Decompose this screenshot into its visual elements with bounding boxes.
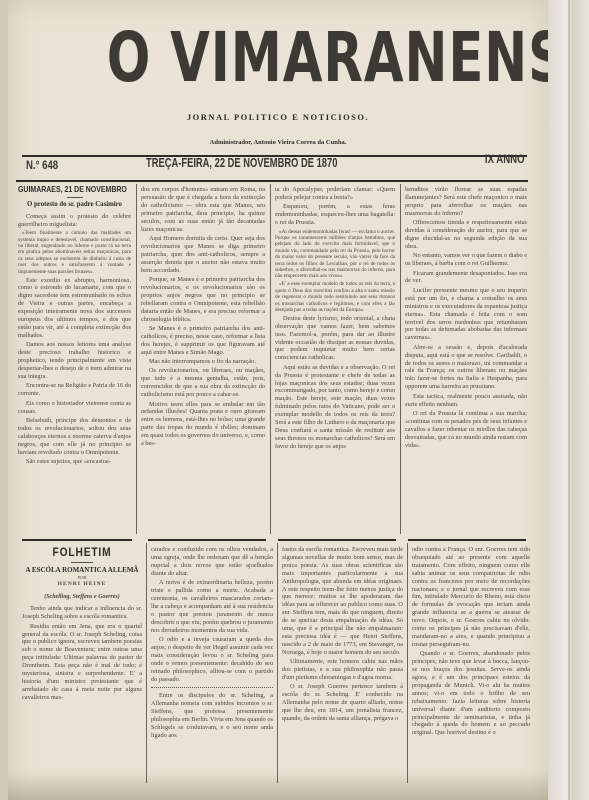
folhetim-rule-1: [22, 539, 132, 541]
article-quote: «Ai dessas endemoninhadas feras! — excla…: [275, 229, 395, 280]
short-divider: [67, 197, 83, 198]
dateline-rule: [16, 180, 528, 182]
article-paragraph: Porque, se Manes é o primeiro patriarcha…: [141, 276, 265, 323]
column-rule-2: [270, 184, 271, 534]
article-paragraph: Aqui Homero dormita de certo. Quer seja …: [141, 235, 265, 275]
masthead-title: O VIMARANENSE: [107, 18, 447, 97]
folhetim-rule-4: [408, 539, 526, 541]
folhetim-column-3: fastos da escóla romantica. Escreveu mai…: [282, 546, 403, 771]
article-paragraph: Eis como o historiador vieirense conta a…: [18, 400, 131, 416]
masthead-administrator: Administrador, Antonio Vieira Correa da …: [8, 139, 548, 146]
folhetim-paragraph: Entre os discipulos do sr. Scheling, a A…: [151, 692, 273, 739]
article-paragraph: Os revolucionarios, ou liberaes, ou maçã…: [141, 367, 265, 399]
article-column-4: bemditos virão florear as suas espadas f…: [405, 186, 527, 530]
article-paragraph: Esqueceu, porém, a estas feras endemonin…: [275, 203, 395, 227]
folhetim-paragraph: Quando o sr. Goerres, abandonado pelos p…: [412, 650, 530, 737]
newspaper-page: O VIMARANENSE JORNAL POLITICO E NOTICIOS…: [8, 0, 548, 800]
article-paragraph: ta do Apocalypse, poderiam clamar: «Quem…: [275, 186, 395, 202]
article-paragraph: Esta tactica, realmente pouco assisada, …: [405, 393, 527, 409]
article-title: O protesto do sr. padre Casimiro: [18, 201, 131, 209]
article-paragraph: Damos aos nossos leitores uma analyse de…: [18, 341, 131, 381]
folhetim-paragraph: O sr. Joseph Guerres pertence tambem á e…: [282, 683, 403, 723]
masthead-subtitle: JORNAL POLITICO E NOTICIOSO.: [8, 112, 548, 122]
folhetim-column-rule-2: [277, 543, 278, 783]
page-bottom-shadow: [8, 770, 548, 800]
issue-date: TREÇA-FEIRA, 22 DE NOVEMBRO DE 1870: [146, 155, 337, 170]
article-paragraph: Aqui estão as duvidas e a observação. O …: [275, 364, 395, 451]
folhetim-paragraph: Tenho ainda que indicar a influencia do …: [22, 605, 142, 621]
folhetim-column-rule-3: [407, 543, 408, 783]
folhetim-paragraph: fastos da escóla romantica. Escreveu mai…: [282, 546, 403, 657]
folhetim-paragraph: carados e conduzido com os olhos vendado…: [151, 546, 273, 578]
article-paragraph: Encontra-se na Religião e Patria de 16 d…: [18, 382, 131, 398]
folhetim-column-1: FOLHETIM A ESCÓLA ROMANTICA ALLEMÃ POR H…: [22, 545, 142, 785]
folhetim-column-rule-1: [146, 543, 147, 783]
article-paragraph: Belsebuth, principe dos demonios e de to…: [18, 417, 131, 457]
article-paragraph: bemditos virão florear as suas espadas f…: [405, 186, 527, 218]
folhetim-paragraph: Ultimamente, este homem cahiu nas mãos d…: [282, 658, 403, 682]
article-quote: «Teem finalmente a cumulo das maldades u…: [18, 230, 131, 275]
folhetim-title: A ESCÓLA ROMANTICA ALLEMÃ: [22, 566, 142, 575]
article-column-1: GUIMARÃES, 21 DE NOVEMBRO O protesto do …: [18, 186, 131, 530]
issue-year: IX ANNO: [485, 152, 525, 166]
article-paragraph: Motivo teem elles para se embalar em tão…: [141, 401, 265, 448]
folhetim-column-4: odio contra a França. O snr. Goerres tem…: [412, 546, 530, 768]
page-fold: [568, 0, 570, 800]
article-place-date: GUIMARÃES, 21 DE NOVEMBRO: [18, 186, 111, 194]
folhetim-paragraph: O odio e a inveja causaram a queda dos a…: [151, 636, 273, 683]
folhetim-author: HENRI HEINE: [22, 581, 142, 589]
folhetim-paragraph: Residia então em Jena, que era o quartel…: [22, 623, 142, 702]
article-paragraph: Abre-se a sessão e, depois d'acalorada d…: [405, 344, 527, 391]
issue-number: N.° 648: [26, 158, 58, 172]
folhetim-paragraph: A noiva é de extraordinaria belleza, por…: [151, 579, 273, 634]
folhetim-subjects: (Schelling, Steffens e Goerres): [22, 594, 142, 602]
article-paragraph: Lucifer pressente mesmo que o seu imperi…: [405, 287, 527, 342]
article-column-2: dos em corpos d'homens» entram em Roma, …: [141, 186, 265, 530]
article-column-3: ta do Apocalypse, poderiam clamar: «Quem…: [275, 186, 395, 530]
article-paragraph: Este exordio ex abrupto, harmonioso, com…: [18, 277, 131, 340]
column-rule-1: [136, 184, 137, 534]
article-paragraph: Mas não interrompamos o fio da narração.: [141, 358, 265, 366]
folhetim-column-2: carados e conduzido com os olhos vendado…: [151, 546, 273, 776]
article-paragraph: No entanto, vamos ver o que fazem o diab…: [405, 252, 527, 268]
dotted-separator: [151, 687, 273, 688]
right-page-edge: [548, 0, 589, 800]
article-paragraph: O rei da Prussia lá continua a sua march…: [405, 410, 527, 450]
folhetim-rule-3: [278, 539, 396, 541]
column-rule-3: [400, 184, 401, 534]
folhetim-paragraph: odio contra a França. O snr. Goerres tem…: [412, 546, 530, 649]
article-paragraph: Offerecemos timida e respeitosamente est…: [405, 219, 527, 251]
dateline: N.° 648 TREÇA-FEIRA, 22 DE NOVEMBRO DE 1…: [18, 152, 533, 176]
article-quote: «E' a esse exemplar modelo de todos os r…: [275, 281, 395, 313]
article-paragraph: Se Manes é o primeiro patriarcha dos ant…: [141, 325, 265, 357]
folhetim-header: FOLHETIM: [31, 549, 133, 557]
article-paragraph: Ficaram grandemente desapontados. Isso e…: [405, 270, 527, 286]
article-paragraph: dos em corpos d'homens» entram em Roma, …: [141, 186, 265, 233]
article-paragraph: Começa assim o protesto do celebre guerr…: [18, 213, 131, 229]
short-divider: [71, 562, 93, 563]
folhetim-rule-2: [148, 539, 266, 541]
article-paragraph: São estes sujeitos, que «encastoa-: [18, 458, 131, 466]
article-paragraph: Destoa deste lyrismo, todo oriental, a c…: [275, 315, 395, 362]
